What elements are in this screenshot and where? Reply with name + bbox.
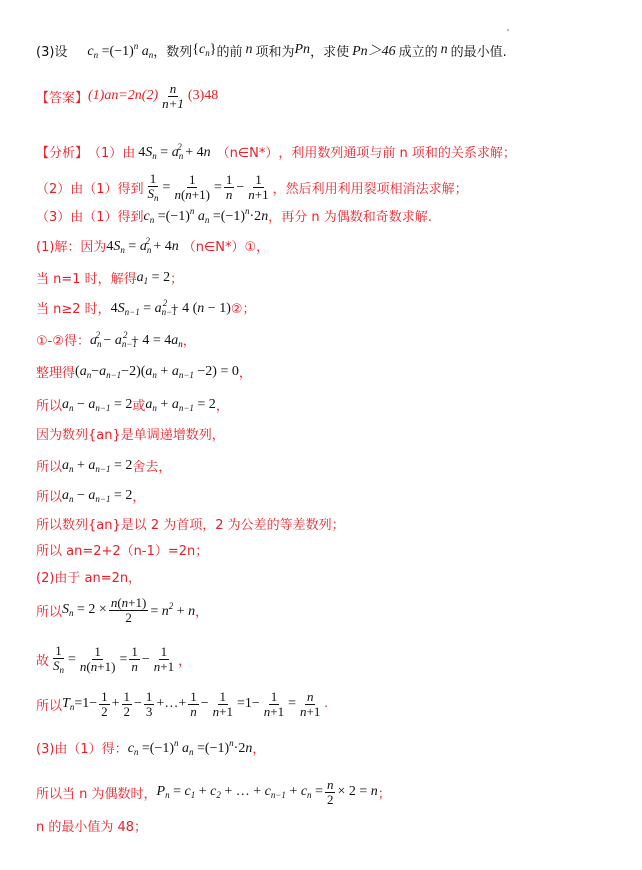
solution-line-18: n 的最小值为 48； [36,816,147,835]
answer-fraction: n n+1 [160,82,186,110]
analysis-line-2: （2）由（1）得到 1Sn = 1n(n+1) = 1n − 1n+1 ，然后利… [36,172,468,203]
answer-part1: (1)an=2n(2) [88,88,158,104]
analysis-line-3: （3）由（1）得到 cn =(−1)n an =(−1)n·2n ，再分 n 为… [36,206,432,225]
solution-line-14: 故 1Sn = 1n(n+1) = 1n − 1n+1 ， [36,644,191,675]
solution-line-17: 所以当 n 为偶数时， Pn = c1 + c2 + … + cn−1 + cn… [36,778,391,806]
solution-line-15: 所以 Tn =1− 12+ 12− 13+…+ 1n− 1n+1=1− 1n+1… [36,690,328,718]
solution-line-13: 所以 Sn = 2 × n(n+1)2 = n2 + n ， [36,596,208,624]
answer-line: 【答案】 (1)an=2n(2) n n+1 (3)48 [36,82,218,110]
analysis-formula-3: cn =(−1)n an =(−1)n·2n [144,206,269,225]
solution-line-2: 当 n=1 时，解得 a1 = 2 ； [36,268,183,287]
question-formula: cn =(−1)n an [87,41,153,60]
solution-line-9: 所以 an − an−1 = 2 ， [36,486,145,505]
answer-label: 【答案】 [36,87,88,106]
question-prefix: (3)设 [36,41,67,60]
question-set: {cn} [192,42,216,58]
solution-line-11: 所以 an=2+2（n-1）=2n； [36,540,208,559]
solution-line-12: (2)由于 an=2n， [36,567,141,586]
solution-line-3: 当 n≥2 时， 4Sn−1 = an−12 + 4 (n − 1) ②； [36,298,256,317]
page-mark [507,29,509,31]
analysis-line-1: 【分析】 （1）由 4Sn = an2 + 4n （n∈N*） ，利用数列通项与… [36,142,516,161]
analysis-formula-1: 4Sn = an2 + 4n [138,142,210,161]
analysis-label: 【分析】 [36,142,88,161]
solution-line-4: ①-②得： an2 − an−12 + 4 = 4an ， [36,330,196,349]
solution-line-8: 所以 an + an−1 = 2 舍去， [36,456,171,475]
solution-line-1: (1)解：因为 4Sn = an2 + 4n （n∈N*）①， [36,236,269,255]
solution-line-10: 所以数列{an}是以 2 为首项，2 为公差的等差数列； [36,514,345,533]
solution-line-16: (3)由（1）得： cn =(−1)n an =(−1)n·2n ， [36,738,265,757]
solution-line-6: 所以 an − an−1 = 2 或 an + an−1 = 2 ， [36,395,229,414]
question-line: (3)设 cn =(−1)n an ，数列 {cn} 的前 n 项和为 Pn ，… [36,40,507,60]
solution-line-7: 因为数列{an}是单调递增数列， [36,424,225,443]
solution-line-5: 整理得 (an−an−1−2)(an + an−1 −2) = 0 ， [36,362,252,381]
